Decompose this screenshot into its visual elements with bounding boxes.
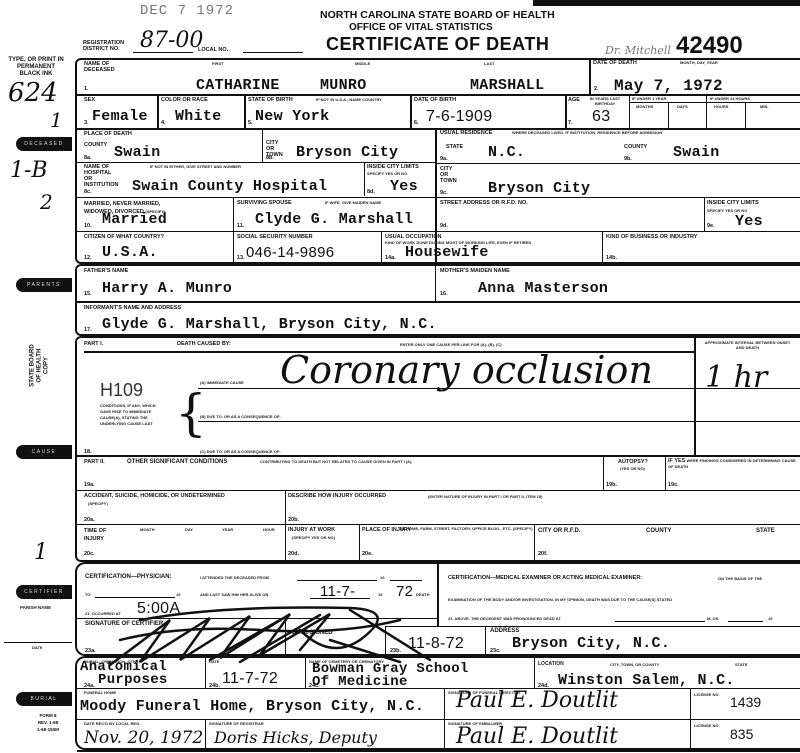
item-19a: 19a. bbox=[84, 482, 95, 488]
item-13: 13. bbox=[237, 255, 245, 261]
age-subdivider bbox=[629, 102, 800, 103]
ink-instruction: TYPE, OR PRINT INPERMANENTBLACK INK bbox=[0, 57, 72, 78]
cause-b-label: (b) DUE TO, OR AS A CONSEQUENCE OF: bbox=[200, 414, 281, 419]
item-20f: 20f. bbox=[538, 551, 547, 557]
margin-code-1b: 1-B bbox=[10, 158, 48, 183]
race-value: White bbox=[175, 108, 222, 125]
form-id: FORM 8REV. 1-681-68-150M bbox=[28, 712, 68, 733]
embalmer-signature: Paul E. Doutlit bbox=[456, 724, 618, 749]
item-10: 10. bbox=[84, 223, 92, 229]
date-line-label: Date bbox=[32, 645, 43, 650]
divider bbox=[603, 455, 604, 490]
hour-label: HOUR bbox=[263, 527, 275, 532]
to-text: TO bbox=[85, 592, 90, 597]
residence-city-label: CITY OR TOWN bbox=[440, 166, 462, 184]
divider bbox=[629, 94, 630, 128]
mother-value: Anna Masterson bbox=[478, 280, 608, 297]
me-text2: EXAMINATION OF THE BODY AND/OR INVESTIGA… bbox=[448, 597, 672, 602]
describe-label: DESCRIBE HOW INJURY OCCURRED bbox=[288, 493, 386, 499]
row-divider bbox=[385, 626, 800, 627]
license-2-label: LICENSE NO. bbox=[694, 723, 720, 728]
cause-instruction: ENTER ONLY ONE CAUSE PER LINE FOR (a), (… bbox=[400, 342, 502, 347]
item-19b: 19b. bbox=[606, 482, 617, 488]
divider bbox=[305, 656, 306, 688]
divider bbox=[602, 231, 603, 264]
date-of-death-label: DATE OF DEATH bbox=[593, 60, 637, 66]
conditions-label: CONDITIONS, IF ANY, WHICH GAVE RISE TO I… bbox=[100, 403, 162, 427]
me-text3: 22. ABOVE. THE DECEDENT WAS PRONOUNCED D… bbox=[448, 616, 561, 621]
divider bbox=[534, 524, 535, 562]
item-7: 7. bbox=[568, 120, 573, 126]
hospital-value: Swain County Hospital bbox=[132, 178, 327, 195]
date-signed-value: 11-8-72 bbox=[408, 635, 464, 653]
under-24h-label: IF UNDER 24 HOURS bbox=[710, 96, 750, 101]
item-8d: 8d. bbox=[367, 189, 375, 195]
margin-code-1-lower: 1 bbox=[34, 540, 48, 565]
tab-burial: BURIAL bbox=[16, 692, 72, 706]
item-2: 2. bbox=[594, 86, 599, 92]
birth-state-value: New York bbox=[255, 108, 329, 125]
item-19c: 19c. bbox=[668, 482, 679, 488]
death-inside-limits-sub: SPECIFY YES OR NO bbox=[367, 171, 407, 176]
part1-label: PART I. bbox=[84, 341, 103, 347]
dob-label: DATE OF BIRTH bbox=[414, 97, 456, 103]
divider bbox=[381, 231, 382, 264]
citizen-label: CITIZEN OF WHAT COUNTRY? bbox=[84, 234, 164, 240]
mother-label: MOTHER'S MAIDEN NAME bbox=[440, 268, 510, 274]
divider bbox=[410, 94, 412, 128]
brace-icon: { bbox=[175, 388, 207, 438]
deceased-last-name: MARSHALL bbox=[470, 77, 544, 94]
item-9e: 9e. bbox=[707, 223, 715, 229]
row-divider bbox=[435, 163, 800, 164]
registration-underline bbox=[133, 52, 193, 53]
row-divider bbox=[77, 455, 800, 457]
item-20b: 20b. bbox=[288, 517, 299, 523]
top-edge-bar bbox=[533, 0, 800, 6]
local-no-underline bbox=[243, 52, 303, 53]
divider bbox=[435, 264, 436, 302]
registrar-signature: Doris Hicks, Deputy bbox=[214, 728, 377, 747]
certifier-address: Bryson City, N.C. bbox=[512, 635, 670, 652]
item-14b: 14b. bbox=[606, 255, 617, 261]
item-23a: 23a. bbox=[85, 648, 96, 654]
last-label: LAST bbox=[484, 61, 494, 66]
row-divider bbox=[77, 94, 800, 96]
other-conditions-label: OTHER SIGNIFICANT CONDITIONS bbox=[127, 459, 227, 465]
item-8c: 8c. bbox=[84, 189, 92, 195]
registrar-sig-label: SIGNATURE OF REGISTRAR bbox=[209, 721, 264, 726]
location-sub: CITY, TOWN, OR COUNTY bbox=[610, 662, 659, 667]
attended-text: I ATTENDED THE DECEASED FROM bbox=[200, 575, 269, 580]
divider bbox=[385, 626, 386, 656]
first-label: FIRST bbox=[212, 61, 224, 66]
date-of-death-value: May 7, 1972 bbox=[614, 77, 723, 95]
residence-inside-limits-value: Yes bbox=[735, 213, 763, 230]
age-label: AGE bbox=[568, 97, 580, 103]
informant-label: INFORMANT'S NAME AND ADDRESS bbox=[84, 305, 181, 311]
item-9b: 9b. bbox=[624, 156, 632, 162]
cause-code: H109 bbox=[100, 380, 143, 401]
residence-label: USUAL RESIDENCE bbox=[440, 130, 492, 136]
manner-sub: (SPECIFY) bbox=[88, 501, 108, 506]
sex-label: SEX bbox=[84, 97, 95, 103]
received-stamp: DEC 7 1972 bbox=[140, 3, 234, 19]
item-20e: 20e. bbox=[362, 551, 373, 557]
attended-from-line bbox=[297, 580, 377, 581]
location-state-label: STATE bbox=[735, 662, 748, 667]
divider bbox=[706, 96, 707, 128]
nineteen: 19 bbox=[380, 575, 384, 580]
death-caused-label: DEATH CAUSED BY: bbox=[177, 341, 231, 347]
marital-value: Married bbox=[102, 211, 167, 228]
divider bbox=[359, 524, 360, 562]
registration-district-label: REGISTRATION DISTRICT NO. bbox=[83, 40, 133, 52]
divider bbox=[262, 128, 263, 162]
last-saw-year: 72 bbox=[396, 583, 413, 600]
divider bbox=[589, 58, 591, 94]
me-on: M. ON bbox=[707, 616, 719, 621]
registration-district-value: 87-00 bbox=[140, 28, 203, 53]
ssn-value: 046-14-9896 bbox=[246, 244, 334, 261]
license-1-value: 1439 bbox=[730, 694, 761, 710]
citizen-value: U.S.A. bbox=[102, 244, 158, 261]
burial-date-label: DATE bbox=[209, 659, 220, 664]
row-divider bbox=[77, 128, 800, 130]
item-20d: 20d. bbox=[288, 551, 299, 557]
divider bbox=[534, 656, 535, 688]
months-label: MONTHS bbox=[636, 104, 653, 109]
interval-divider bbox=[694, 336, 696, 456]
tab-deceased: DECEASED bbox=[16, 137, 72, 151]
death-city-value: Bryson City bbox=[296, 144, 398, 161]
item-8a: 8a. bbox=[84, 155, 92, 161]
row-divider bbox=[77, 490, 800, 491]
bottom-edge bbox=[77, 750, 800, 752]
under-1yr-label: IF UNDER 1 YEAR bbox=[632, 96, 666, 101]
divider bbox=[233, 197, 234, 231]
to-line bbox=[95, 597, 175, 598]
other-conditions-sub: CONTRIBUTING TO DEATH BUT NOT RELATED TO… bbox=[260, 459, 411, 464]
me-text1: ON THE BASIS OF THE bbox=[718, 576, 762, 581]
deceased-first-name: CATHARINE bbox=[196, 77, 280, 94]
item-23b: 23b. bbox=[390, 648, 401, 654]
hospital-sub: IF NOT IN EITHER, GIVE STREET AND NUMBER bbox=[150, 164, 241, 169]
me-19: 19 bbox=[768, 616, 772, 621]
item-1: 1. bbox=[84, 86, 89, 92]
row-divider bbox=[77, 524, 800, 525]
injury-state-label: STATE bbox=[756, 528, 775, 534]
death-inside-limits-value: Yes bbox=[390, 178, 418, 195]
annotation-handwritten: Dr. Mitchell bbox=[605, 44, 671, 57]
local-no-label: LOCAL NO. bbox=[198, 47, 228, 53]
location-label: LOCATION bbox=[538, 662, 564, 667]
item-12: 12. bbox=[84, 255, 92, 261]
residence-state-value: N.C. bbox=[488, 144, 525, 161]
divider bbox=[244, 94, 246, 128]
burial-date-value: 11-7-72 bbox=[222, 670, 278, 688]
manner-label: ACCIDENT, SUICIDE, HOMICIDE, OR UNDETERM… bbox=[84, 493, 225, 499]
spouse-value: Clyde G. Marshall bbox=[255, 211, 413, 228]
name-label: NAME OF DECEASED bbox=[84, 61, 124, 73]
age-value: 63 bbox=[592, 108, 610, 126]
divider bbox=[285, 618, 286, 656]
date-line bbox=[4, 642, 72, 643]
cemetery-value: Bowman Gray SchoolOf Medicine bbox=[312, 663, 469, 689]
license-2-value: 835 bbox=[730, 726, 753, 742]
page-title: CERTIFICATE OF DEATH bbox=[326, 34, 549, 55]
divider bbox=[704, 197, 705, 231]
day-label: DAY bbox=[185, 527, 193, 532]
residence-city-value: Bryson City bbox=[488, 180, 590, 197]
autopsy-sub: (YES OR NO) bbox=[620, 466, 645, 471]
margin-code-1: 1 bbox=[50, 108, 63, 132]
divider bbox=[233, 231, 234, 264]
row-divider bbox=[77, 197, 800, 198]
nineteen: 19 bbox=[176, 592, 180, 597]
divider bbox=[485, 626, 486, 656]
item-8b: 8b. bbox=[266, 155, 274, 161]
physician-cert-label: CERTIFICATION—PHYSICIAN: bbox=[85, 574, 172, 580]
findings-label: IF YES WERE FINDINGS CONSIDERED IN DETER… bbox=[668, 458, 798, 470]
cause-a-interval: 1 hr bbox=[705, 360, 767, 395]
me-divider bbox=[437, 562, 439, 626]
residence-county-label: COUNTY bbox=[624, 144, 647, 150]
office-name: OFFICE OF VITAL STATISTICS bbox=[349, 22, 493, 33]
attended-year-line bbox=[390, 580, 422, 581]
funeral-home-value: Moody Funeral Home, Bryson City, N.C. bbox=[80, 698, 424, 715]
item-4: 4. bbox=[161, 120, 166, 126]
residence-state-label: STATE bbox=[446, 144, 463, 150]
at-work-label: INJURY AT WORK bbox=[288, 527, 335, 533]
deceased-middle-name: MUNRO bbox=[320, 77, 367, 94]
death-county-value: Swain bbox=[114, 144, 161, 161]
date-recd-label: DATE REC'D BY LOCAL REG. bbox=[84, 721, 140, 726]
dob-value: 7-6-1909 bbox=[426, 108, 492, 126]
at-work-sub: (SPECIFY YES OR NO) bbox=[292, 535, 335, 540]
last-saw-text: AND LAST SAW HIM HER ALIVE ON bbox=[200, 592, 268, 597]
divider bbox=[665, 455, 666, 490]
director-signature: Paul E. Doutlit bbox=[456, 688, 618, 713]
injury-county-label: COUNTY bbox=[646, 528, 671, 534]
residence-street-label: STREET ADDRESS OR R.F.D. No. bbox=[440, 200, 528, 206]
divider bbox=[364, 162, 365, 196]
place-of-injury-sub: AT HOME, FARM, STREET, FACTORY, OFFICE B… bbox=[400, 526, 535, 532]
date-recd-value: Nov. 20, 1972 bbox=[84, 728, 203, 748]
item-16: 16. bbox=[440, 291, 448, 297]
death-county-label: COUNTY bbox=[84, 142, 107, 148]
spouse-sub: IF WIFE, GIVE MAIDEN NAME bbox=[325, 200, 381, 205]
divider bbox=[285, 490, 286, 562]
interval-label: APPROXIMATE INTERVAL BETWEEN ONSET AND D… bbox=[700, 340, 795, 350]
item-9d: 9d. bbox=[440, 223, 448, 229]
me-pronounced-line bbox=[615, 621, 705, 622]
last-saw-line bbox=[310, 598, 370, 599]
margin-code-624: 624 bbox=[8, 78, 58, 108]
min-label: MIN. bbox=[760, 104, 768, 109]
margin-code-2: 2 bbox=[40, 190, 53, 214]
month-label: MONTH bbox=[140, 527, 155, 532]
place-of-death-label: PLACE OF DEATH bbox=[84, 131, 132, 137]
certifier-note: Parish name bbox=[20, 605, 51, 610]
license-1-label: LICENSE NO. bbox=[694, 692, 720, 697]
tab-cause: CAUSE bbox=[16, 445, 72, 459]
cause-a-value: Coronary occlusion bbox=[280, 348, 653, 392]
divider bbox=[205, 656, 206, 688]
item-9c: 9c. bbox=[440, 190, 448, 196]
row-divider bbox=[77, 231, 800, 232]
item-3: 3. bbox=[84, 120, 89, 126]
date-signed-label: DATE SIGNED bbox=[292, 630, 333, 636]
row-divider bbox=[77, 688, 800, 689]
certificate-number: 42490 bbox=[676, 32, 743, 60]
item-20a: 20a. bbox=[84, 517, 95, 523]
item-14a: 14a. bbox=[385, 255, 396, 261]
describe-sub: (ENTER NATURE OF INJURY IN PART I OR PAR… bbox=[428, 494, 542, 499]
row-divider bbox=[77, 719, 800, 720]
me-cert-label: CERTIFICATION—MEDICAL EXAMINER OR ACTING… bbox=[448, 575, 642, 581]
year-label: YEAR bbox=[222, 527, 233, 532]
days-label: DAYS bbox=[677, 104, 688, 109]
middle-label: MIDDLE bbox=[355, 61, 370, 66]
spouse-label: SURVIVING SPOUSE bbox=[237, 200, 292, 206]
nineteen: 19 bbox=[378, 592, 382, 597]
tab-certifier: CERTIFIER bbox=[16, 585, 72, 599]
item-11: 11. bbox=[237, 223, 244, 229]
item-5: 5. bbox=[248, 120, 253, 126]
divider bbox=[745, 102, 746, 128]
row-divider bbox=[198, 388, 800, 389]
sex-value: Female bbox=[92, 108, 148, 125]
hours-label: HOURS bbox=[714, 104, 728, 109]
birth-state-sub: IF NOT IN U.S.A., NAME COUNTRY bbox=[316, 97, 382, 102]
location-value: Winston Salem, N.C. bbox=[558, 672, 735, 689]
divider bbox=[565, 94, 567, 128]
tab-parents: PARENTS bbox=[16, 278, 72, 292]
birth-state-label: STATE OF BIRTH bbox=[248, 97, 293, 103]
cause-c-label: (c) DUE TO, OR AS A CONSEQUENCE OF: bbox=[200, 449, 281, 454]
residence-county-value: Swain bbox=[673, 144, 720, 161]
address-label: ADDRESS bbox=[490, 628, 519, 634]
race-label: COLOR OR RACE bbox=[161, 97, 208, 103]
occupation-value: Housewife bbox=[405, 244, 489, 261]
death-inside-limits-label: INSIDE CITY LIMITS bbox=[367, 164, 419, 170]
row-divider bbox=[77, 301, 800, 303]
ssn-label: SOCIAL SECURITY NUMBER bbox=[237, 234, 313, 240]
item-23c: 23c. bbox=[490, 648, 501, 654]
father-label: FATHER'S NAME bbox=[84, 268, 128, 274]
item-6: 6. bbox=[414, 120, 419, 126]
injury-city-label: CITY OR R.F.D. bbox=[538, 528, 581, 534]
residence-sub: WHERE DECEASED LIVED. IF INSTITUTION, RE… bbox=[512, 130, 662, 135]
residence-inside-limits-label: INSIDE CITY LIMITS bbox=[707, 200, 759, 206]
informant-value: Glyde G. Marshall, Bryson City, N.C. bbox=[102, 316, 437, 333]
father-value: Harry A. Munro bbox=[102, 280, 232, 297]
business-label: KIND OF BUSINESS OR INDUSTRY bbox=[606, 234, 697, 240]
side-copy-label: STATE BOARDOF HEALTHCOPY bbox=[30, 336, 51, 396]
agency-name: NORTH CAROLINA STATE BOARD OF HEALTH bbox=[320, 9, 555, 21]
divider bbox=[668, 102, 669, 128]
item-17: 17. bbox=[84, 327, 92, 333]
age-sub: IN YEARS LAST BIRTHDAY bbox=[581, 96, 629, 106]
item-9a: 9a. bbox=[440, 156, 448, 162]
date-of-death-sub: MONTH, DAY, YEAR bbox=[680, 60, 718, 65]
divider bbox=[157, 94, 159, 128]
item-15: 15. bbox=[84, 291, 92, 297]
death-suffix: DEATH bbox=[416, 592, 429, 597]
me-on-line bbox=[728, 621, 763, 622]
cause-a-label: (a) IMMEDIATE CAUSE bbox=[200, 380, 244, 385]
part2-label: PART II. bbox=[84, 459, 105, 465]
item-20c: 20c. bbox=[84, 551, 95, 557]
time-of-injury-label: TIME OF INJURY bbox=[84, 527, 114, 543]
hospital-label: NAME OF HOSPITAL OR INSTITUTION bbox=[84, 164, 120, 188]
autopsy-label: AUTOPSY? bbox=[618, 459, 648, 465]
row-divider bbox=[77, 162, 435, 163]
divider bbox=[205, 719, 206, 750]
funeral-home-label: FUNERAL HOME bbox=[84, 690, 116, 695]
row-divider bbox=[198, 421, 800, 422]
